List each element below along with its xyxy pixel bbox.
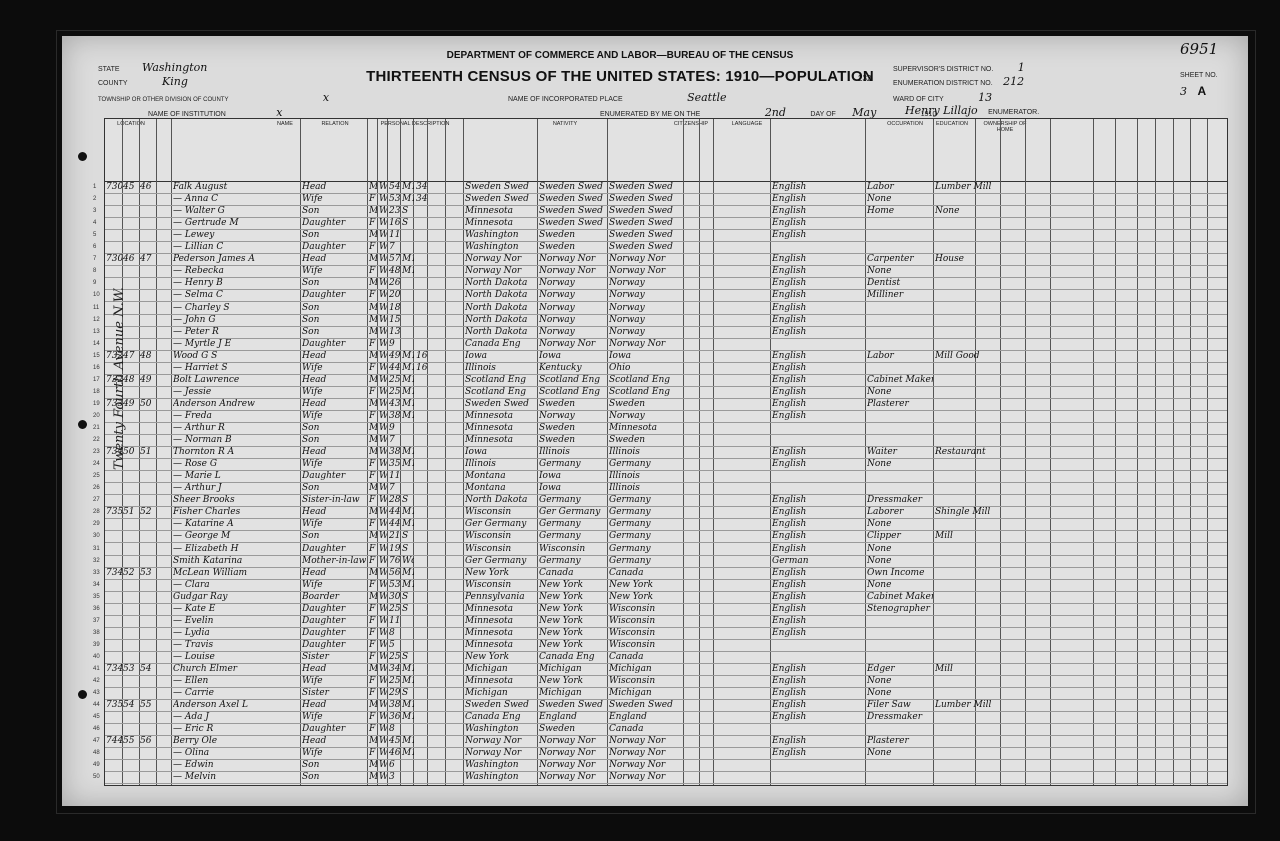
cell-sex: F [369,458,377,470]
cell-name: — Arthur R [173,422,299,434]
cell-mother: Iowa [609,350,683,362]
cell-mother: Sweden [609,398,683,410]
cell-race: W [379,555,387,567]
cell-mother: Germany [609,518,683,530]
cell-line: 45 [93,714,100,720]
cell-relation: Head [302,253,366,265]
cell-name: — Rebecka [173,265,299,277]
cell-age: 9 [389,338,401,350]
cell-lang: English [772,687,864,699]
ward-field: Ward of city 13 [893,88,992,106]
cell-race: W [379,518,387,530]
cell-mother: Wisconsin [609,627,683,639]
cell-sex: F [369,651,377,663]
cell-race: W [379,591,387,603]
cell-name: — Arthur J [173,482,299,494]
cell-age: 11 [389,229,401,241]
cell-mother: Germany [609,543,683,555]
cell-father: Canada Eng [539,651,607,663]
cell-name: Fisher Charles [173,506,299,518]
cell-birth: Minnesota [465,422,537,434]
cell-mother: Sweden Swed [609,193,683,205]
cell-marital: M1 [402,265,414,277]
cell-name: — Marie L [173,470,299,482]
cell-sex: F [369,711,377,723]
cell-occ: None [867,265,933,277]
cell-name: — Norman B [173,434,299,446]
cell-mother: Norway [609,410,683,422]
cell-occ: None [867,543,933,555]
cell-father: Norway [539,277,607,289]
cell-sex: M [369,205,377,217]
cell-sex: M [369,229,377,241]
cell-race: W [379,506,387,518]
cell-name: — Rose G [173,458,299,470]
cell-race: W [379,627,387,639]
cell-birth: Washington [465,229,537,241]
cell-name: — Lewey [173,229,299,241]
cell-line: 38 [93,630,100,636]
cell-mother: New York [609,591,683,603]
cell-occ: None [867,579,933,591]
cell-sex: F [369,627,377,639]
cell-yrs: 34 [416,193,428,205]
cell-line: 42 [93,678,100,684]
cell-occ: Dentist [867,277,933,289]
cell-age: 19 [389,543,401,555]
cell-relation: Son [302,326,366,338]
cell-lang: English [772,374,864,386]
cell-lang: English [772,603,864,615]
cell-birth: Pennsylvania [465,591,537,603]
cell-sex: F [369,603,377,615]
cell-father: Scotland Eng [539,386,607,398]
form-number: 232 [858,74,871,83]
cell-name: Pederson James A [173,253,299,265]
cell-relation: Son [302,314,366,326]
cell-age: 8 [389,627,401,639]
cell-age: 38 [389,410,401,422]
cell-marital: S [402,603,414,615]
street-name-annotation: Twenty Fourth Avenue N.W. [112,287,127,470]
cell-birth: Sweden Swed [465,699,537,711]
cell-birth: North Dakota [465,302,537,314]
binder-hole [78,420,87,429]
cell-father: Sweden [539,398,607,410]
cell-race: W [379,482,387,494]
cell-father: New York [539,591,607,603]
cell-age: 7 [389,241,401,253]
cell-father: Scotland Eng [539,374,607,386]
cell-occ: Clipper [867,530,933,542]
cell-age: 57 [389,253,401,265]
cell-occ: Labor [867,350,933,362]
cell-name: — Freda [173,410,299,422]
cell-relation: Wife [302,579,366,591]
cell-relation: Son [302,434,366,446]
cell-age: 7 [389,434,401,446]
cell-occ: Labor [867,181,933,193]
cell-birth: North Dakota [465,314,537,326]
cell-father: Kentucky [539,362,607,374]
cell-age: 25 [389,603,401,615]
cell-age: 48 [389,265,401,277]
cell-race: W [379,567,387,579]
cell-mother: New York [609,579,683,591]
cell-lang: English [772,289,864,301]
department-heading: DEPARTMENT OF COMMERCE AND LABOR—BUREAU … [400,50,840,61]
cell-sex: F [369,518,377,530]
cell-lang: English [772,277,864,289]
cell-race: W [379,302,387,314]
page-title: THIRTEENTH CENSUS OF THE UNITED STATES: … [360,68,880,85]
cell-family: 55 [140,699,156,711]
cell-name: — Evelin [173,615,299,627]
cell-relation: Son [302,771,366,783]
cell-mother: Norway Nor [609,265,683,277]
cell-occ: None [867,747,933,759]
cell-sex: M [369,591,377,603]
cell-father: Canada [539,567,607,579]
cell-race: W [379,410,387,422]
cell-relation: Daughter [302,289,366,301]
cell-name: — Ellen [173,675,299,687]
cell-sex: F [369,241,377,253]
cell-relation: Wife [302,362,366,374]
cell-marital: M1 [402,253,414,265]
cell-name: Bolt Lawrence [173,374,299,386]
cell-line: 21 [93,425,100,431]
cell-mother: Germany [609,530,683,542]
cell-sex: F [369,555,377,567]
cell-sex: F [369,639,377,651]
cell-birth: North Dakota [465,277,537,289]
cell-occ: Plasterer [867,735,933,747]
cell-race: W [379,651,387,663]
cell-relation: Wife [302,747,366,759]
cell-lang: English [772,506,864,518]
cell-father: Ger Germany [539,506,607,518]
cell-name: — Katarine A [173,518,299,530]
cell-sex: M [369,302,377,314]
cell-sex: M [369,326,377,338]
cell-relation: Sister [302,687,366,699]
cell-relation: Daughter [302,639,366,651]
cell-line: 7 [93,256,96,262]
cell-name: — John G [173,314,299,326]
cell-lang: English [772,398,864,410]
cell-birth: Minnesota [465,410,537,422]
cell-line: 15 [93,353,100,359]
cell-birth: Ger Germany [465,555,537,567]
cell-sex: F [369,543,377,555]
cell-age: 15 [389,314,401,326]
cell-family: 47 [140,253,156,265]
cell-relation: Head [302,446,366,458]
cell-relation: Son [302,277,366,289]
cell-birth: Michigan [465,663,537,675]
cell-relation: Daughter [302,627,366,639]
cell-name: — Henry B [173,277,299,289]
cell-marital: S [402,543,414,555]
cell-family: 54 [140,663,156,675]
cell-name: Church Elmer [173,663,299,675]
cell-birth: Minnesota [465,627,537,639]
cell-race: W [379,675,387,687]
cell-line: 46 [93,726,100,732]
cell-sex: M [369,314,377,326]
cell-line: 19 [93,401,100,407]
cell-mother: Norway [609,277,683,289]
cell-birth: Michigan [465,687,537,699]
cell-marital: M1 [402,567,414,579]
cell-race: W [379,205,387,217]
cell-lang: English [772,627,864,639]
cell-race: W [379,603,387,615]
cell-lang: English [772,362,864,374]
cell-mother: Wisconsin [609,639,683,651]
cell-name: — Harriet S [173,362,299,374]
cell-mother: Illinois [609,446,683,458]
cell-race: W [379,663,387,675]
cell-race: W [379,446,387,458]
cell-sex: F [369,747,377,759]
cell-ind: House [935,253,1015,265]
cell-age: 23 [389,205,401,217]
cell-marital: M1 [402,193,414,205]
cell-birth: Wisconsin [465,543,537,555]
cell-line: 34 [93,582,100,588]
cell-father: Norway Nor [539,338,607,350]
cell-lang: English [772,711,864,723]
census-table: Location Name Relation Personal Descript… [104,118,1228,786]
cell-father: Sweden Swed [539,181,607,193]
cell-father: Norway [539,410,607,422]
cell-birth: North Dakota [465,289,537,301]
cell-marital: S [402,530,414,542]
cell-birth: Washington [465,759,537,771]
cell-mother: Sweden Swed [609,699,683,711]
cell-age: 45 [389,735,401,747]
cell-line: 6 [93,244,96,250]
cell-mother: England [609,711,683,723]
cell-birth: New York [465,567,537,579]
cell-race: W [379,350,387,362]
cell-birth: Illinois [465,458,537,470]
cell-sex: M [369,663,377,675]
cell-race: W [379,759,387,771]
cell-sex: F [369,494,377,506]
cell-line: 48 [93,750,100,756]
cell-occ: None [867,386,933,398]
cell-lang: English [772,446,864,458]
cell-mother: Wisconsin [609,675,683,687]
cell-marital: M1 [402,506,414,518]
cell-relation: Wife [302,711,366,723]
cell-name: Berry Ole [173,735,299,747]
cell-father: Sweden [539,723,607,735]
cell-birth: Minnesota [465,639,537,651]
cell-name: Thornton R A [173,446,299,458]
cell-relation: Sister [302,651,366,663]
cell-father: New York [539,603,607,615]
cell-name: Anderson Axel L [173,699,299,711]
cell-relation: Daughter [302,543,366,555]
cell-birth: Wisconsin [465,530,537,542]
cell-lang: English [772,181,864,193]
cell-sex: M [369,699,377,711]
cell-occ: Dressmaker [867,711,933,723]
cell-name: Anderson Andrew [173,398,299,410]
cell-marital: M1 [402,362,414,374]
cell-name: — Peter R [173,326,299,338]
cell-family: 49 [140,374,156,386]
cell-relation: Daughter [302,470,366,482]
cell-race: W [379,181,387,193]
cell-line: 26 [93,485,100,491]
cell-race: W [379,193,387,205]
cell-sex: M [369,181,377,193]
cell-birth: Montana [465,482,537,494]
cell-sex: F [369,470,377,482]
cell-marital: M1 [402,579,414,591]
cell-ind: Lumber Mill [935,699,1015,711]
cell-mother: Sweden Swed [609,229,683,241]
cell-race: W [379,289,387,301]
cell-father: Sweden Swed [539,193,607,205]
cell-father: Germany [539,530,607,542]
cell-marital: M1 [402,747,414,759]
cell-mother: Germany [609,458,683,470]
cell-marital: M1 [402,735,414,747]
cell-lang: English [772,458,864,470]
cell-marital: M1 [402,663,414,675]
cell-birth: Norway Nor [465,265,537,277]
cell-age: 46 [389,747,401,759]
cell-line: 11 [93,305,99,311]
cell-father: Norway [539,314,607,326]
cell-father: New York [539,675,607,687]
cell-sex: F [369,217,377,229]
cell-race: W [379,458,387,470]
cell-sex: M [369,771,377,783]
cell-lang: English [772,518,864,530]
cell-father: Iowa [539,470,607,482]
cell-age: 30 [389,591,401,603]
cell-line: 10 [93,292,100,298]
cell-mother: Scotland Eng [609,386,683,398]
cell-name: Falk August [173,181,299,193]
cell-name: — Clara [173,579,299,591]
cell-dwelling: 7446 [106,735,122,747]
cell-name: — Selma C [173,289,299,301]
cell-family: 48 [140,350,156,362]
cell-line: 41 [93,666,100,672]
cell-lang: English [772,530,864,542]
binder-hole [78,152,87,161]
cell-family: 50 [140,398,156,410]
cell-sex: M [369,506,377,518]
cell-father: New York [539,615,607,627]
cell-birth: Washington [465,723,537,735]
cell-father: Michigan [539,687,607,699]
cell-relation: Daughter [302,723,366,735]
cell-race: W [379,639,387,651]
cell-line: 33 [93,570,100,576]
cell-father: Germany [539,518,607,530]
cell-age: 20 [389,289,401,301]
cell-ind: Restaurant [935,446,1015,458]
cell-sex: M [369,735,377,747]
cell-marital: S [402,217,414,229]
cell-age: 29 [389,687,401,699]
cell-age: 49 [389,350,401,362]
cell-name: — Walter G [173,205,299,217]
cell-occ: None [867,687,933,699]
cell-mother: Scotland Eng [609,374,683,386]
cell-lang: English [772,205,864,217]
cell-relation: Son [302,482,366,494]
cell-name: — Melvin [173,771,299,783]
cell-relation: Daughter [302,241,366,253]
cell-name: — Charley S [173,302,299,314]
cell-father: Sweden [539,241,607,253]
cell-line: 27 [93,497,100,503]
cell-sex: F [369,386,377,398]
cell-relation: Son [302,422,366,434]
cell-lang: English [772,543,864,555]
cell-age: 43 [389,398,401,410]
cell-father: Sweden [539,434,607,446]
cell-marital: M1 [402,518,414,530]
cell-lang: English [772,699,864,711]
cell-age: 56 [389,567,401,579]
cell-age: 44 [389,518,401,530]
cell-yrs: 34 [416,181,428,193]
cell-line: 49 [93,762,100,768]
cell-occ: Dressmaker [867,494,933,506]
cell-occ: None [867,555,933,567]
cell-line: 29 [93,521,100,527]
cell-marital: M1 [402,398,414,410]
cell-age: 6 [389,759,401,771]
cell-mother: Germany [609,506,683,518]
cell-line: 31 [93,546,100,552]
cell-yrs: 16 [416,362,428,374]
cell-father: Sweden [539,229,607,241]
cell-birth: Minnesota [465,615,537,627]
cell-dwelling: 7344 [106,663,122,675]
cell-birth: Minnesota [465,603,537,615]
cell-race: W [379,494,387,506]
cell-birth: Minnesota [465,217,537,229]
cell-line: 47 [93,738,100,744]
cell-occ: Plasterer [867,398,933,410]
cell-name: — Olina [173,747,299,759]
cell-house: 55 [123,735,139,747]
cell-race: W [379,253,387,265]
sheet-number: Sheet No. 3 A [1180,64,1218,100]
cell-sex: F [369,579,377,591]
cell-race: W [379,241,387,253]
cell-mother: Norway [609,314,683,326]
cell-father: Sweden Swed [539,205,607,217]
cell-name: — George M [173,530,299,542]
cell-lang: English [772,350,864,362]
cell-age: 5 [389,639,401,651]
cell-lang: English [772,253,864,265]
cell-lang: English [772,229,864,241]
